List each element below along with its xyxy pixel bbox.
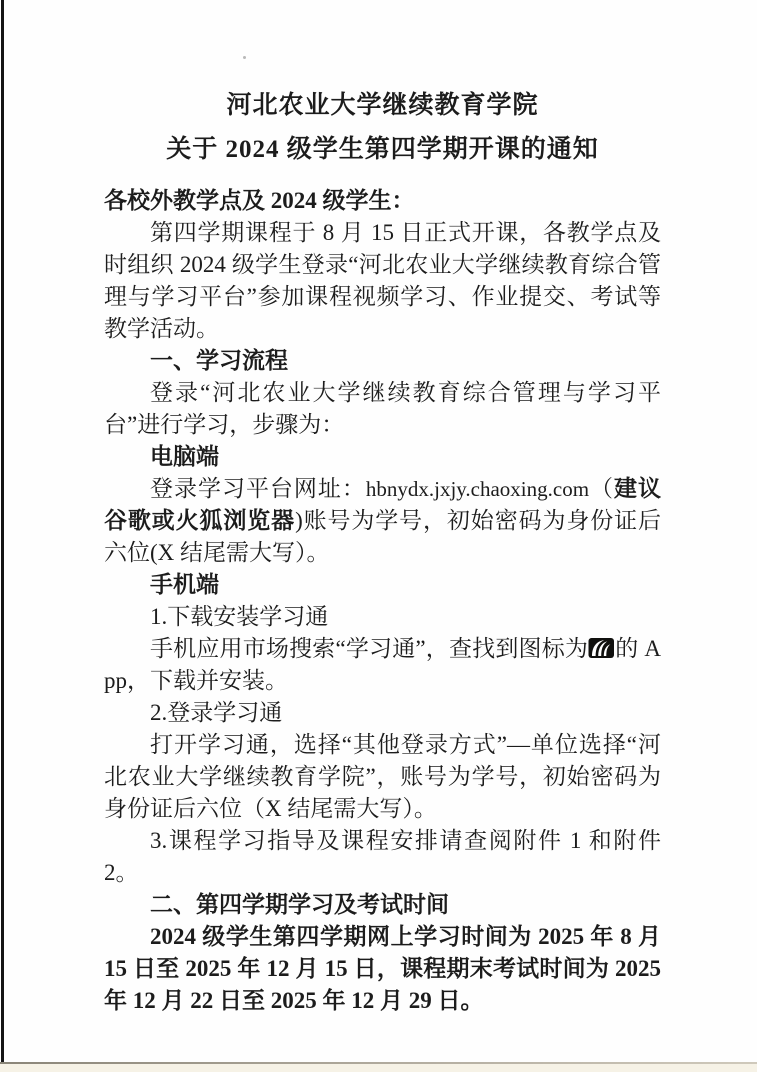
section-heading: 一、学习流程 xyxy=(104,345,661,377)
paragraph: 各校外教学点及 2024 级学生： xyxy=(104,185,661,217)
text-run: （ xyxy=(589,476,614,501)
text-run: 2.登录学习通 xyxy=(150,700,282,725)
text-run: 2024 级学生第四学期网上学习时间为 2025 年 8 月 15 日至 202… xyxy=(104,924,661,1013)
text-run: 第四学期课程于 8 月 15 日正式开课，各教学点及时组织 2024 级学生登录… xyxy=(104,220,661,341)
paragraph: 2024 级学生第四学期网上学习时间为 2025 年 8 月 15 日至 202… xyxy=(104,921,661,1017)
text-run: 3.课程学习指导及课程安排请查阅附件 1 和附件 2。 xyxy=(104,828,661,885)
platform-url: hbnydx.jxjy.chaoxing.com xyxy=(366,477,589,501)
text-run: 登录学习平台网址： xyxy=(150,476,366,501)
document-title-line1: 河北农业大学继续教育学院 xyxy=(104,84,661,128)
paragraph: 登录学习平台网址：hbnydx.jxjy.chaoxing.com（建议谷歌或火… xyxy=(104,473,661,569)
chaoxing-app-icon xyxy=(588,637,615,659)
paragraph: 3.课程学习指导及课程安排请查阅附件 1 和附件 2。 xyxy=(104,825,661,889)
text-run: 电脑端 xyxy=(150,444,219,469)
text-run: 登录“河北农业大学继续教育综合管理与学习平台”进行学习，步骤为： xyxy=(104,380,661,437)
paragraph: 第四学期课程于 8 月 15 日正式开课，各教学点及时组织 2024 级学生登录… xyxy=(104,217,661,345)
document-title-block: 河北农业大学继续教育学院 关于 2024 级学生第四学期开课的通知 xyxy=(104,84,661,172)
document-title-line2: 关于 2024 级学生第四学期开课的通知 xyxy=(104,128,661,172)
text-run: 各校外教学点及 2024 级学生： xyxy=(104,188,415,213)
scan-left-edge-line xyxy=(1,0,4,1063)
scan-speck xyxy=(243,56,246,59)
paragraph: 1.下载安装学习通 xyxy=(104,601,661,633)
scanned-notice-page: 河北农业大学继续教育学院 关于 2024 级学生第四学期开课的通知 各校外教学点… xyxy=(0,0,757,1072)
section-heading: 二、第四学期学习及考试时间 xyxy=(104,889,661,921)
text-run: 1.下载安装学习通 xyxy=(150,604,328,629)
paragraph: 2.登录学习通 xyxy=(104,697,661,729)
paragraph: 打开学习通，选择“其他登录方式”—单位选择“河北农业大学继续教育学院”，账号为学… xyxy=(104,729,661,825)
section-heading: 手机端 xyxy=(104,569,661,601)
text-run: 打开学习通，选择“其他登录方式”—单位选择“河北农业大学继续教育学院”，账号为学… xyxy=(104,732,661,821)
text-run: 手机应用市场搜索“学习通”，查找到图标为 xyxy=(150,636,588,661)
scan-bottom-strip xyxy=(0,1064,757,1072)
text-run: 一、学习流程 xyxy=(150,348,288,373)
text-run: 二、第四学期学习及考试时间 xyxy=(150,892,449,917)
section-heading: 电脑端 xyxy=(104,441,661,473)
paragraph: 手机应用市场搜索“学习通”，查找到图标为的 App，下载并安装。 xyxy=(104,633,661,697)
text-run: 手机端 xyxy=(150,572,219,597)
document-content: 河北农业大学继续教育学院 关于 2024 级学生第四学期开课的通知 各校外教学点… xyxy=(104,84,661,1017)
paragraph: 登录“河北农业大学继续教育综合管理与学习平台”进行学习，步骤为： xyxy=(104,377,661,441)
document-body: 各校外教学点及 2024 级学生：第四学期课程于 8 月 15 日正式开课，各教… xyxy=(104,185,661,1017)
